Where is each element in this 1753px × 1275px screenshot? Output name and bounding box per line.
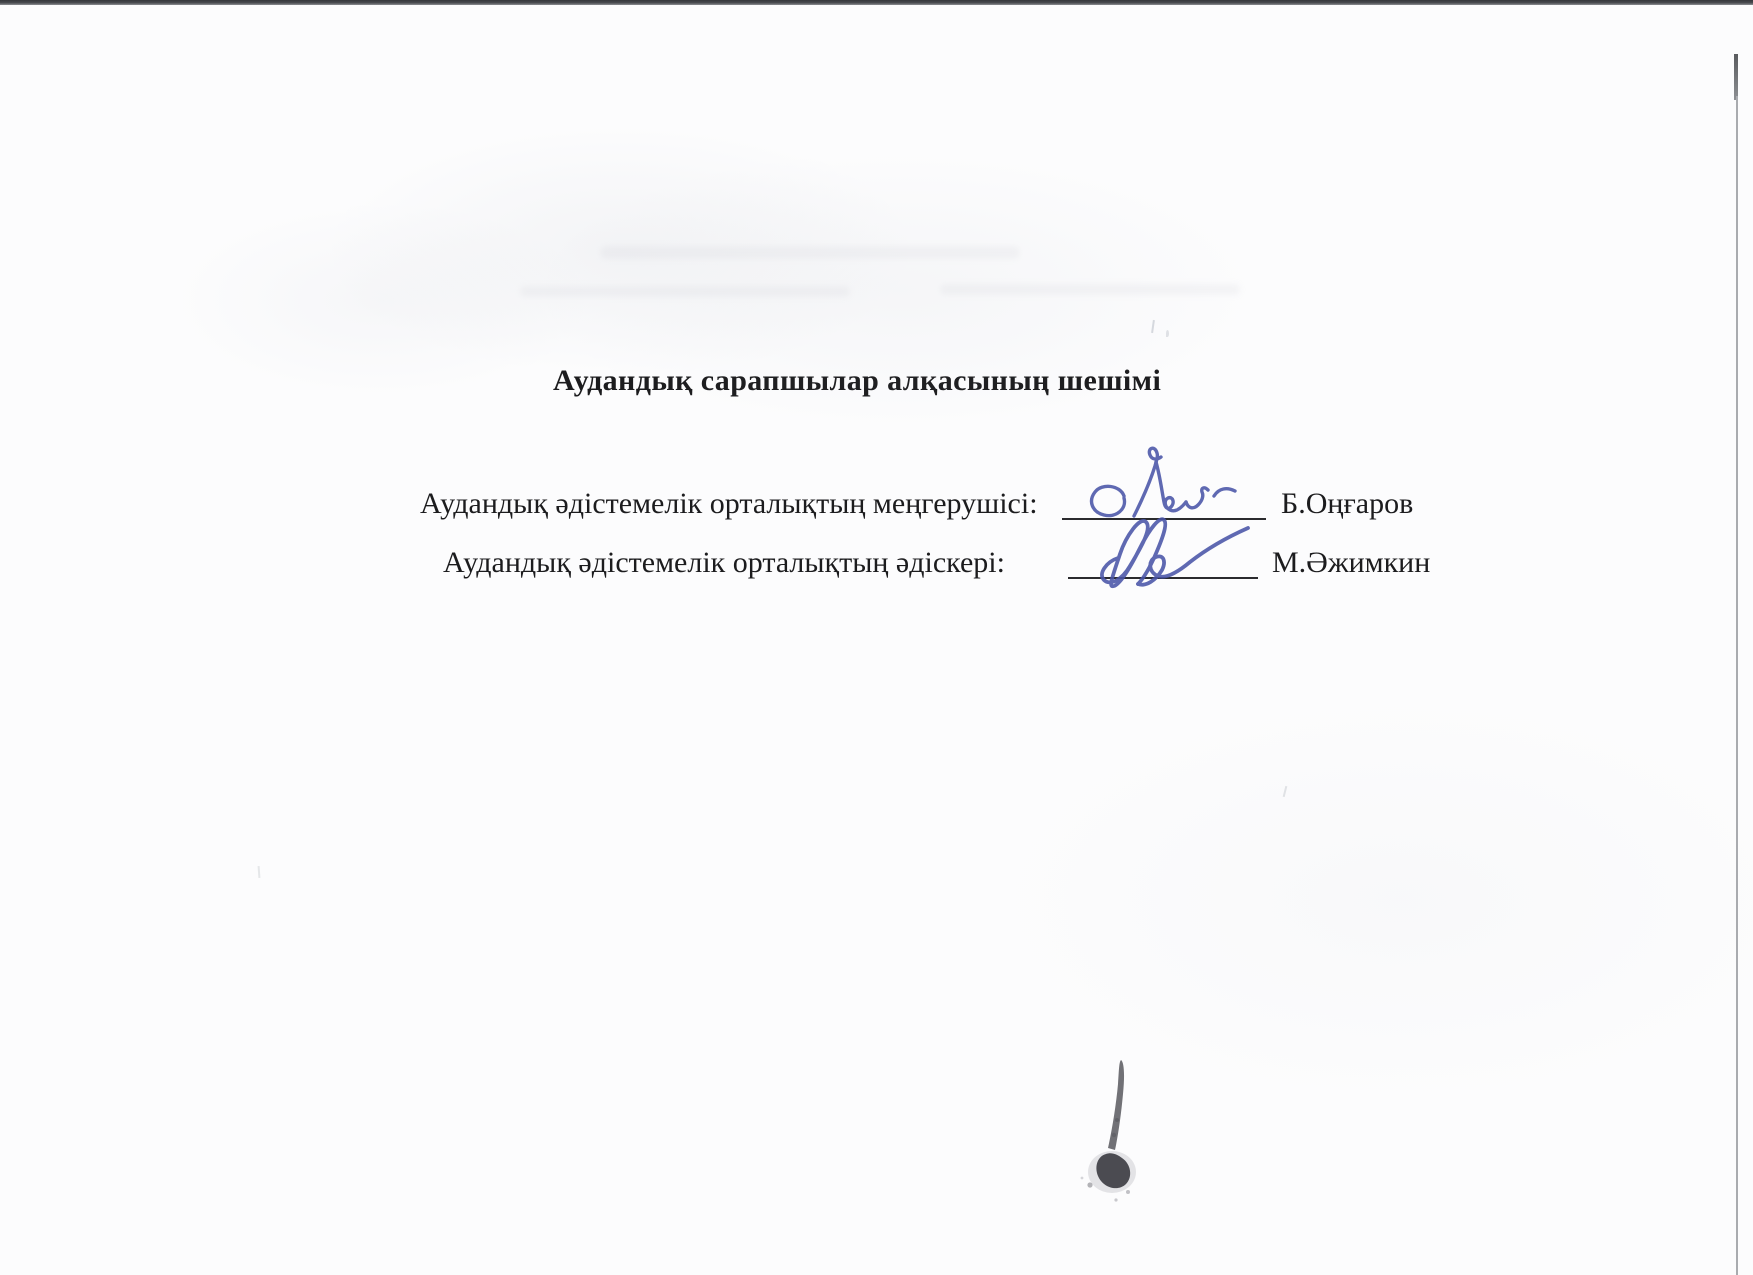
scanned-document-page: Аудандық сарапшылар алқасының шешімі Ауд… [0, 0, 1753, 1275]
stray-mark [258, 866, 261, 878]
scan-edge-right-top [1734, 54, 1738, 100]
bleed-through-artifact [600, 246, 1020, 259]
stray-mark [1283, 786, 1288, 797]
scan-edge-right [1736, 96, 1738, 1275]
document-title: Аудандық сарапшылар алқасының шешімі [553, 364, 1161, 398]
signature-row-label: Аудандық әдістемелік орталықтың меңгеруш… [420, 487, 1038, 521]
signature-row-label: Аудандық әдістемелік орталықтың әдіскері… [443, 546, 1005, 580]
stray-mark [1166, 330, 1169, 337]
bleed-through-artifact [520, 286, 850, 297]
scan-edge-top [0, 0, 1753, 5]
stray-mark [1151, 320, 1155, 333]
ink-smudge [1070, 1050, 1170, 1220]
handwritten-signatures-ink [1050, 408, 1310, 608]
bleed-through-artifact [940, 284, 1240, 295]
